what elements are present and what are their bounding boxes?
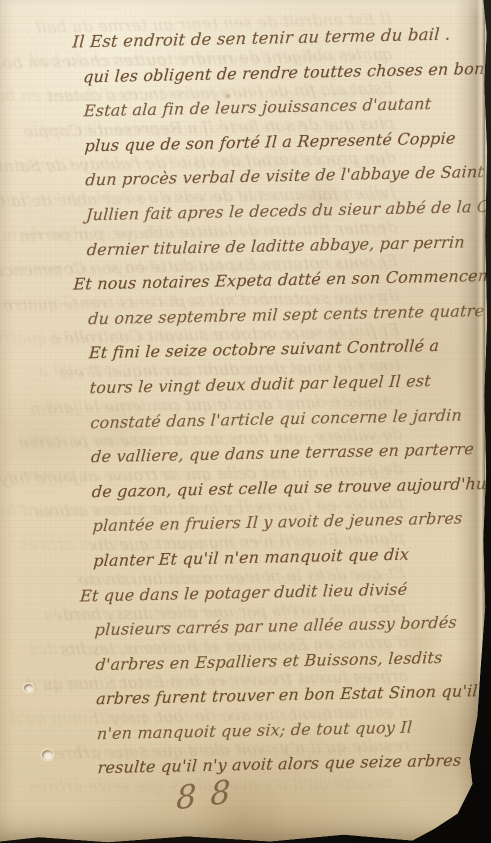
- manuscript-lines: Il Est endroit de sen tenir au terme du …: [0, 17, 491, 788]
- manuscript-page: Il Est endroit de sen tenir au terme du …: [0, 0, 491, 843]
- wormhole: [24, 684, 33, 692]
- wormhole: [42, 750, 53, 760]
- notary-paraph-flourish: 88: [176, 774, 245, 815]
- photo-backdrop: Il Est endroit de sen tenir au terme du …: [0, 0, 491, 843]
